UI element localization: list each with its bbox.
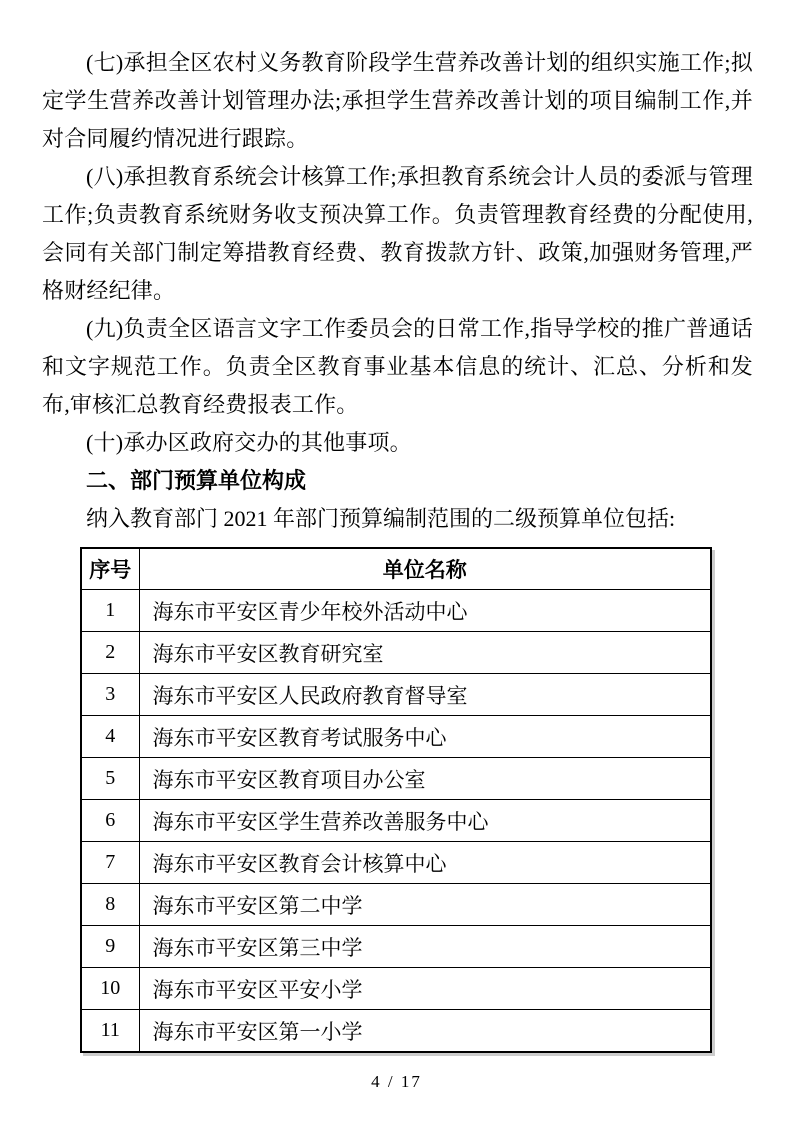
intro-line: 纳入教育部门 2021 年部门预算编制范围的二级预算单位包括: [42, 500, 753, 538]
row-number: 3 [81, 674, 139, 716]
table-row: 6 海东市平安区学生营养改善服务中心 [81, 800, 711, 842]
budget-units-table: 序号 单位名称 1 海东市平安区青少年校外活动中心 2 海东市平安区教育研究室 … [80, 547, 712, 1053]
unit-name: 海东市平安区教育研究室 [139, 632, 711, 674]
body-paragraph-8: (八)承担教育系统会计核算工作;承担教育系统会计人员的委派与管理工作;负责教育系… [42, 158, 753, 310]
row-number: 7 [81, 842, 139, 884]
page-content: (七)承担全区农村义务教育阶段学生营养改善计划的组织实施工作;拟定学生营养改善计… [0, 0, 793, 1053]
body-paragraph-10: (十)承办区政府交办的其他事项。 [42, 424, 753, 462]
row-number: 5 [81, 758, 139, 800]
unit-name: 海东市平安区教育项目办公室 [139, 758, 711, 800]
table-row: 5 海东市平安区教育项目办公室 [81, 758, 711, 800]
header-cell-unit-name: 单位名称 [139, 548, 711, 590]
row-number: 6 [81, 800, 139, 842]
document-page: (七)承担全区农村义务教育阶段学生营养改善计划的组织实施工作;拟定学生营养改善计… [0, 0, 793, 1122]
row-number: 1 [81, 590, 139, 632]
unit-name: 海东市平安区平安小学 [139, 968, 711, 1010]
section-heading: 二、部门预算单位构成 [42, 462, 753, 500]
table-row: 3 海东市平安区人民政府教育督导室 [81, 674, 711, 716]
table-row: 7 海东市平安区教育会计核算中心 [81, 842, 711, 884]
unit-name: 海东市平安区教育会计核算中心 [139, 842, 711, 884]
unit-name: 海东市平安区第三中学 [139, 926, 711, 968]
unit-name: 海东市平安区教育考试服务中心 [139, 716, 711, 758]
unit-name: 海东市平安区第一小学 [139, 1010, 711, 1053]
table-row: 1 海东市平安区青少年校外活动中心 [81, 590, 711, 632]
row-number: 9 [81, 926, 139, 968]
unit-name: 海东市平安区第二中学 [139, 884, 711, 926]
page-number: 4 / 17 [0, 1072, 793, 1092]
row-number: 2 [81, 632, 139, 674]
body-paragraph-7: (七)承担全区农村义务教育阶段学生营养改善计划的组织实施工作;拟定学生营养改善计… [42, 44, 753, 158]
row-number: 11 [81, 1010, 139, 1053]
unit-name: 海东市平安区青少年校外活动中心 [139, 590, 711, 632]
table-row: 9 海东市平安区第三中学 [81, 926, 711, 968]
row-number: 10 [81, 968, 139, 1010]
row-number: 8 [81, 884, 139, 926]
table-row: 10 海东市平安区平安小学 [81, 968, 711, 1010]
unit-name: 海东市平安区学生营养改善服务中心 [139, 800, 711, 842]
table-row: 2 海东市平安区教育研究室 [81, 632, 711, 674]
table-row: 4 海东市平安区教育考试服务中心 [81, 716, 711, 758]
table-row: 11 海东市平安区第一小学 [81, 1010, 711, 1053]
header-cell-number: 序号 [81, 548, 139, 590]
body-paragraph-9: (九)负责全区语言文字工作委员会的日常工作,指导学校的推广普通话和文字规范工作。… [42, 310, 753, 424]
table-row: 8 海东市平安区第二中学 [81, 884, 711, 926]
unit-name: 海东市平安区人民政府教育督导室 [139, 674, 711, 716]
row-number: 4 [81, 716, 139, 758]
table-header-row: 序号 单位名称 [81, 548, 711, 590]
